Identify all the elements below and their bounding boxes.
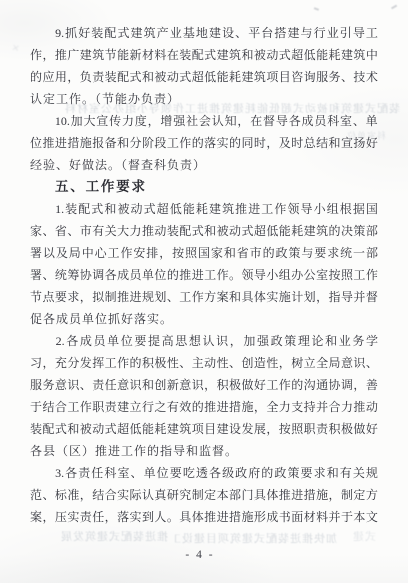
glyph: 筑: [316, 220, 328, 242]
glyph: 位: [30, 132, 42, 154]
glyph: 做: [241, 374, 253, 396]
glyph: 实: [266, 286, 278, 308]
glyph: 市: [250, 242, 262, 264]
para9-line: 作，推广建筑节能新材料在装配式建筑和被动式超低能耗建筑中: [30, 44, 378, 66]
glyph: 识: [216, 330, 228, 352]
glyph: 、: [353, 110, 365, 132]
glyph: 总: [304, 132, 316, 154]
glyph: 3.: [55, 462, 64, 484]
glyph: 实: [130, 506, 142, 528]
glyph: 位: [157, 462, 169, 484]
glyph: 推: [42, 132, 54, 154]
glyph: 压: [55, 506, 67, 528]
glyph: 的: [130, 352, 142, 374]
glyph: 导: [301, 198, 313, 220]
glyph: 学: [366, 330, 378, 352]
glyph: 力: [279, 396, 291, 418]
glyph: 的: [167, 264, 179, 286]
req1-line: 署以及局中心工作安排，按照国家和省市的政策与要求统一部: [30, 242, 378, 264]
glyph: 装: [30, 418, 42, 440]
req2-line: 2. 各成员单位要提高思想认识，加强政策理论和业务学: [30, 330, 378, 352]
glyph: 建: [217, 44, 229, 66]
glyph: 制: [105, 286, 117, 308]
glyph: 要: [314, 242, 326, 264]
glyph: 关: [105, 220, 117, 242]
glyph: 成: [80, 330, 92, 352]
glyph: 作: [274, 198, 286, 220]
glyph: 局: [69, 242, 81, 264]
glyph: 目: [279, 66, 291, 88]
glyph: 作: [179, 132, 191, 154]
glyph: 服: [316, 66, 328, 88]
glyph: 策: [288, 242, 300, 264]
glyph: 设: [222, 22, 234, 44]
glyph: 职: [304, 418, 316, 440]
glyph: 责: [92, 66, 104, 88]
glyph: 咨: [291, 66, 303, 88]
glyph: 推: [179, 264, 191, 286]
glyph: 分: [130, 132, 142, 154]
glyph: 加: [71, 110, 83, 132]
glyph: 。: [229, 264, 241, 286]
glyph: 造: [254, 352, 266, 374]
glyph: 式: [179, 66, 191, 88]
glyph: 动: [167, 66, 179, 88]
glyph: 具: [241, 286, 253, 308]
glyph: 、: [229, 352, 241, 374]
glyph: 照: [291, 418, 303, 440]
glyph: 工: [366, 22, 378, 44]
glyph: 筹: [67, 264, 79, 286]
glyph: 术: [366, 66, 378, 88]
glyph: 标: [55, 484, 67, 506]
glyph: 各: [65, 462, 77, 484]
glyph: ，: [80, 286, 92, 308]
glyph: 善: [366, 374, 378, 396]
glyph: 并: [353, 286, 365, 308]
glyph: 各: [209, 462, 221, 484]
glyph: 和: [104, 198, 116, 220]
glyph: 建: [167, 418, 179, 440]
glyph: 心: [95, 242, 107, 264]
glyph: ，: [353, 374, 365, 396]
glyph: 具: [179, 506, 191, 528]
glyph: 工: [266, 374, 278, 396]
glyph: 报: [92, 132, 104, 154]
glyph: 高: [162, 330, 174, 352]
glyph: 效: [179, 396, 191, 418]
glyph: 服: [30, 374, 42, 396]
glyph: 作: [117, 352, 129, 374]
glyph: 力: [122, 110, 134, 132]
glyph: 责: [80, 506, 92, 528]
glyph: 的: [192, 132, 204, 154]
glyph: 小: [266, 264, 278, 286]
glyph: 、: [179, 352, 191, 374]
glyph: 认: [142, 484, 154, 506]
glyph: 动: [154, 220, 166, 242]
glyph: 拟: [92, 286, 104, 308]
glyph: 与: [301, 22, 313, 44]
glyph: 责: [92, 374, 104, 396]
glyph: 能: [217, 66, 229, 88]
glyph: 部: [229, 484, 241, 506]
glyph: 识: [130, 374, 142, 396]
glyph: 提: [148, 330, 160, 352]
req1-line: 促各成员单位抓好落实。: [30, 308, 378, 330]
glyph: 宣: [96, 110, 108, 132]
glyph: 筑: [222, 198, 234, 220]
glyph: 建: [341, 44, 353, 66]
glyph: 沟: [304, 374, 316, 396]
glyph: 务: [42, 374, 54, 396]
glyph: 、: [131, 462, 143, 484]
glyph: ，: [204, 374, 216, 396]
glyph: 能: [117, 44, 129, 66]
glyph: 国: [366, 198, 378, 220]
glyph: 业: [327, 22, 339, 44]
glyph: 推: [117, 286, 129, 308]
glyph: 导: [341, 286, 353, 308]
glyph: 通: [316, 374, 328, 396]
glyph: 式: [55, 418, 67, 440]
glyph: 认: [202, 330, 214, 352]
glyph: 及: [56, 242, 68, 264]
glyph: 具: [254, 484, 266, 506]
glyph: 广: [67, 44, 79, 66]
glyph: 料: [154, 44, 166, 66]
glyph: 范: [30, 484, 42, 506]
glyph: 调: [92, 264, 104, 286]
glyph: 、: [167, 286, 179, 308]
glyph: 好: [366, 418, 378, 440]
glyph: 施: [241, 506, 253, 528]
glyph: 以: [43, 242, 55, 264]
glyph: 按: [172, 242, 184, 264]
glyph: 点: [42, 286, 54, 308]
glyph: 进: [217, 506, 229, 528]
glyph: 真: [154, 484, 166, 506]
glyph: 和: [329, 132, 341, 154]
glyph: 单: [142, 264, 154, 286]
glyph: 动: [92, 418, 104, 440]
glyph: 和: [117, 132, 129, 154]
glyph: 研: [167, 484, 179, 506]
glyph: 进: [130, 286, 142, 308]
glyph: 照: [185, 242, 197, 264]
glyph: 、: [42, 264, 54, 286]
glyph: 支: [291, 396, 303, 418]
bleedthrough-text: 式建: [342, 531, 376, 543]
glyph: 各: [105, 264, 117, 286]
glyph: 好: [366, 132, 378, 154]
glyph: 规: [366, 462, 378, 484]
glyph: 配: [42, 418, 54, 440]
glyph: 和: [229, 286, 241, 308]
glyph: 和: [204, 220, 216, 242]
glyph: 组: [327, 198, 339, 220]
glyph: 本: [217, 484, 229, 506]
glyph: 论: [311, 330, 323, 352]
glyph: 理: [298, 330, 310, 352]
glyph: 员: [314, 110, 326, 132]
glyph: 措: [304, 484, 316, 506]
glyph: 好: [254, 374, 266, 396]
glyph: 文: [366, 506, 378, 528]
glyph: 大: [117, 220, 129, 242]
glyph: 耗: [154, 418, 166, 440]
glyph: 工: [167, 132, 179, 154]
req1-line: 署、统筹协调各成员单位的推进工作。领导小组办公室按照工作: [30, 264, 378, 286]
text-block: 9. 抓好装配式建筑产业基地建设、平台搭建与行业引导工作，推广建筑节能新材料在装…: [30, 22, 378, 528]
glyph: 识: [67, 374, 79, 396]
glyph: 推: [55, 44, 67, 66]
glyph: 识: [353, 352, 365, 374]
glyph: 低: [130, 418, 142, 440]
glyph: 求: [314, 462, 326, 484]
glyph: 能: [279, 220, 291, 242]
glyph: ，: [266, 132, 278, 154]
glyph: 节: [30, 286, 42, 308]
req3-line: 案，压实责任，落实到人。具体推进措施形成书面材料并于本文: [30, 506, 378, 528]
glyph: 行: [142, 396, 154, 418]
glyph: 建: [117, 396, 129, 418]
glyph: 导: [254, 264, 266, 286]
glyph: 项: [192, 418, 204, 440]
glyph: 筑: [144, 22, 156, 44]
glyph: 台: [261, 22, 273, 44]
glyph: 持: [304, 396, 316, 418]
glyph: 意: [179, 374, 191, 396]
glyph: 定: [204, 484, 216, 506]
para10-line: 10. 加大宣传力度，增强社会认知，在督导各成员科室、单: [30, 110, 378, 132]
glyph: 式: [130, 66, 142, 88]
glyph: 准: [67, 484, 79, 506]
glyph: 能: [183, 198, 195, 220]
glyph: 根: [340, 198, 352, 220]
glyph: 位: [154, 264, 166, 286]
glyph: 工: [67, 396, 79, 418]
glyph: 、: [366, 352, 378, 374]
glyph: 料: [316, 506, 328, 528]
glyph: 指: [329, 286, 341, 308]
glyph: ，: [105, 506, 117, 528]
glyph: 筑: [353, 44, 365, 66]
glyph: 被: [117, 198, 129, 220]
glyph: 式: [279, 44, 291, 66]
glyph: 意: [55, 374, 67, 396]
glyph: 备: [105, 132, 117, 154]
glyph: 务: [352, 330, 364, 352]
glyph: 关: [353, 462, 365, 484]
req2-line: 各县（区）推进工作的指导和监督。: [30, 440, 378, 462]
glyph: 传: [109, 110, 121, 132]
glyph: 任: [92, 506, 104, 528]
glyph: 制: [192, 484, 204, 506]
glyph: 并: [329, 506, 341, 528]
glyph: 府: [248, 462, 260, 484]
glyph: 创: [154, 374, 166, 396]
glyph: 家: [211, 242, 223, 264]
glyph: 应: [42, 66, 54, 88]
req1-line: 节点要求，拟制推进规划、工作方案和具体实施计划，指导并督: [30, 286, 378, 308]
glyph: 施: [241, 396, 253, 418]
glyph: 要: [55, 286, 67, 308]
page-number: - 4 -: [0, 549, 404, 561]
glyph: 全: [316, 352, 328, 374]
glyph: 的: [229, 132, 241, 154]
glyph: 想: [189, 330, 201, 352]
glyph: 新: [130, 44, 142, 66]
glyph: 进: [217, 396, 229, 418]
glyph: 求: [327, 242, 339, 264]
glyph: 树: [291, 352, 303, 374]
glyph: 和: [67, 418, 79, 440]
glyph: 、: [80, 374, 92, 396]
glyph: 动: [131, 198, 143, 220]
glyph: 门: [241, 484, 253, 506]
glyph: 科: [104, 462, 116, 484]
glyph: 室: [316, 264, 328, 286]
glyph: 被: [80, 418, 92, 440]
glyph: 行: [314, 22, 326, 44]
glyph: 据: [353, 198, 365, 220]
glyph: ，: [316, 286, 328, 308]
glyph: 扬: [353, 132, 365, 154]
glyph: 筑: [92, 44, 104, 66]
glyph: 导: [276, 110, 288, 132]
glyph: 积: [142, 352, 154, 374]
glyph: 调: [341, 374, 353, 396]
glyph: ，: [80, 484, 92, 506]
glyph: ，: [279, 352, 291, 374]
glyph: 能: [316, 44, 328, 66]
glyph: 与: [301, 242, 313, 264]
glyph: 产: [157, 22, 169, 44]
glyph: 进: [248, 198, 260, 220]
req2-line: 服务意识、责任意识和创新意识，积极做好工作的沟通协调，善: [30, 374, 378, 396]
bleedthrough-text: 推进装配式建筑发展: [38, 531, 168, 544]
glyph: 式: [144, 198, 156, 220]
glyph: 有: [167, 396, 179, 418]
glyph: 被: [217, 220, 229, 242]
glyph: 。: [167, 506, 179, 528]
glyph: 政: [276, 242, 288, 264]
glyph: 定: [353, 484, 365, 506]
glyph: 划: [154, 286, 166, 308]
glyph: 耗: [291, 220, 303, 242]
glyph: 建: [241, 66, 253, 88]
glyph: 落: [204, 132, 216, 154]
glyph: 并: [316, 396, 328, 418]
glyph: 位: [121, 330, 133, 352]
glyph: 和: [325, 330, 337, 352]
glyph: 任: [91, 462, 103, 484]
glyph: 式: [192, 220, 204, 242]
glyph: 和: [327, 462, 339, 484]
glyph: 领: [241, 264, 253, 286]
glyph: 责: [105, 396, 117, 418]
glyph: 低: [204, 66, 216, 88]
glyph: 政: [274, 462, 286, 484]
glyph: 被: [154, 66, 166, 88]
glyph: 意: [117, 374, 129, 396]
glyph: 搭: [274, 22, 286, 44]
glyph: 低: [304, 44, 316, 66]
glyph: 政: [271, 330, 283, 352]
glyph: 技: [353, 66, 365, 88]
glyph: 装: [105, 66, 117, 88]
glyph: 动: [204, 352, 216, 374]
glyph: 建: [80, 44, 92, 66]
glyph: 署: [30, 242, 42, 264]
glyph: 于: [341, 506, 353, 528]
glyph: 究: [179, 484, 191, 506]
glyph: 国: [198, 242, 210, 264]
glyph: 项: [266, 66, 278, 88]
glyph: 求: [67, 286, 79, 308]
req3-line: 3. 各责任科室、单位要吃透各级政府的政策要求和有关规: [30, 462, 378, 484]
glyph: 级: [222, 462, 234, 484]
glyph: 的: [261, 462, 273, 484]
glyph: 超: [157, 198, 169, 220]
glyph: 制: [341, 484, 353, 506]
glyph: 习: [30, 352, 42, 374]
glyph: ，: [254, 396, 266, 418]
glyph: 段: [154, 132, 166, 154]
req2-line: 装配式和被动式超低能耗建筑项目建设发展，按照职责积极做好: [30, 418, 378, 440]
glyph: 实: [117, 484, 129, 506]
glyph: 识: [192, 374, 204, 396]
glyph: 建: [209, 198, 221, 220]
glyph: 省: [237, 242, 249, 264]
glyph: ，: [42, 352, 54, 374]
glyph: 施: [279, 286, 291, 308]
glyph: 强: [257, 330, 269, 352]
glyph: 进: [192, 264, 204, 286]
para9-line: 9. 抓好装配式建筑产业基地建设、平台搭建与行业引导工: [30, 22, 378, 44]
glyph: 挥: [92, 352, 104, 374]
glyph: 装: [91, 22, 103, 44]
glyph: 询: [304, 66, 316, 88]
glyph: 会: [199, 110, 211, 132]
glyph: 度: [135, 110, 147, 132]
glyph: 各: [289, 110, 301, 132]
glyph: 业: [170, 22, 182, 44]
glyph: ，: [237, 110, 249, 132]
glyph: 极: [229, 374, 241, 396]
glyph: 的: [291, 374, 303, 396]
glyph: 员: [93, 330, 105, 352]
glyph: 方: [366, 484, 378, 506]
glyph: 的: [192, 396, 204, 418]
glyph: 积: [329, 418, 341, 440]
glyph: 书: [279, 506, 291, 528]
glyph: 立: [130, 396, 142, 418]
glyph: 建: [131, 22, 143, 44]
glyph: 统: [55, 264, 67, 286]
glyph: 协: [80, 264, 92, 286]
glyph: 领: [287, 198, 299, 220]
section-heading: 五、工作要求: [30, 176, 378, 198]
glyph: 公: [304, 264, 316, 286]
glyph: 要: [301, 462, 313, 484]
glyph: 、: [235, 22, 247, 44]
glyph: 筑: [254, 66, 266, 88]
glyph: 督: [366, 286, 378, 308]
glyph: 知: [225, 110, 237, 132]
glyph: 展: [254, 418, 266, 440]
